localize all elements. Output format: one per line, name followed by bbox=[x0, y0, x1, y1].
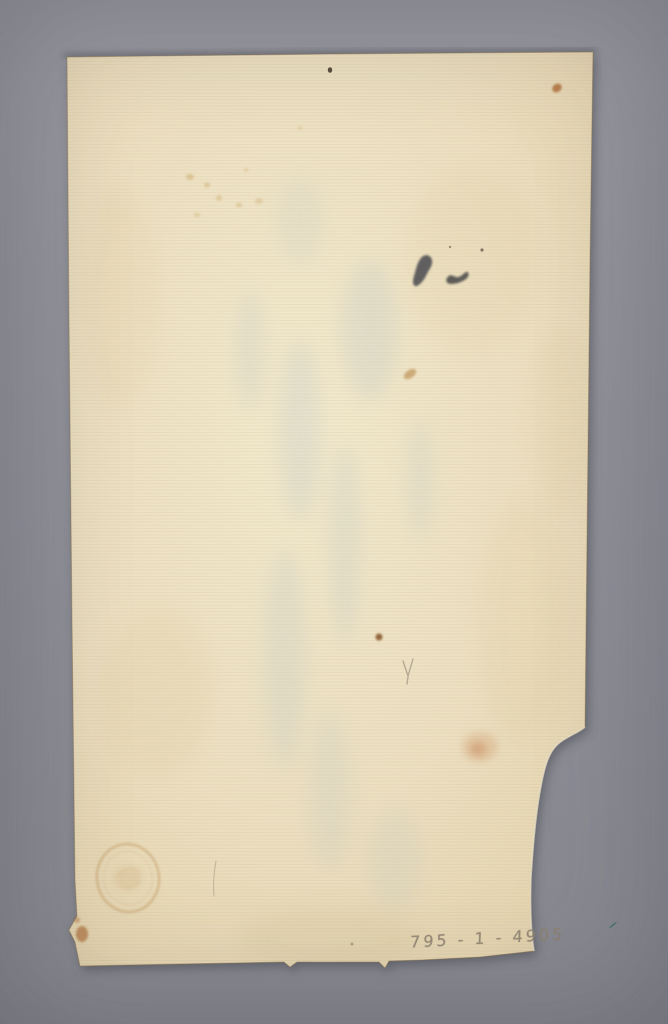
foxing-8 bbox=[298, 126, 303, 130]
foxing-2 bbox=[204, 183, 210, 188]
mottle-3 bbox=[475, 500, 565, 740]
foxing-5 bbox=[255, 198, 263, 204]
showthrough-6 bbox=[406, 420, 434, 540]
showthrough-1 bbox=[342, 260, 398, 400]
foxing-1 bbox=[186, 174, 194, 180]
speck-bottom bbox=[351, 943, 354, 946]
background-fiber bbox=[609, 921, 618, 929]
showthrough-9 bbox=[275, 175, 325, 265]
ink-speck-2 bbox=[480, 248, 483, 251]
photo-canvas: 795 - 1 - 4905 bbox=[0, 0, 668, 1024]
mottle-1 bbox=[105, 605, 215, 775]
edge-stain-2 bbox=[74, 917, 80, 923]
showthrough-3 bbox=[329, 445, 361, 645]
foxing-dot bbox=[376, 634, 383, 641]
stain-core bbox=[470, 742, 486, 756]
mottle-6 bbox=[530, 330, 590, 510]
showthrough-7 bbox=[235, 290, 265, 410]
showthrough-2 bbox=[280, 340, 320, 520]
showthrough-5 bbox=[310, 710, 350, 870]
ink-speck-3 bbox=[449, 246, 451, 248]
foxing-6 bbox=[194, 213, 200, 218]
paper-photo bbox=[0, 0, 668, 1024]
foxing-3 bbox=[216, 195, 222, 201]
mottle-4 bbox=[80, 190, 160, 410]
showthrough-4 bbox=[263, 550, 307, 770]
showthrough-8 bbox=[369, 810, 421, 910]
foxing-7 bbox=[244, 168, 249, 172]
edge-stain bbox=[76, 926, 88, 942]
ink-speck-top bbox=[328, 67, 332, 73]
foxing-4 bbox=[236, 203, 242, 208]
